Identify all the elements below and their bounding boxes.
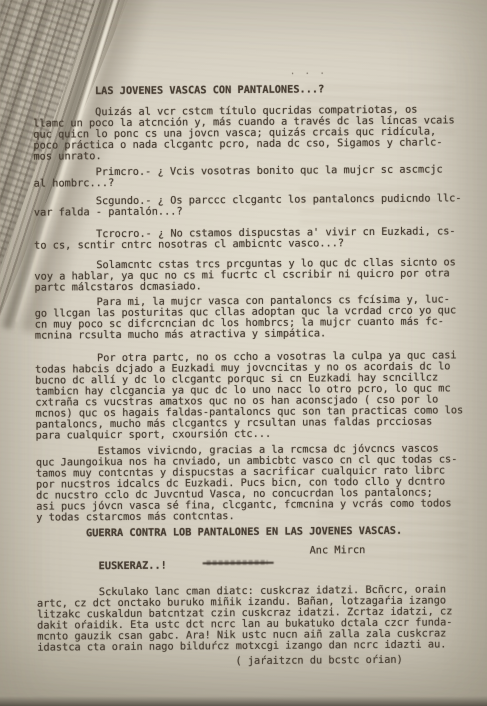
paragraph-question-segundo: Scgundo.- ¿ Os parccc clcgantc los panta…	[34, 193, 462, 218]
typewritten-text-layer: · · · LAS JOVENES VASCAS CON PANTALONES.…	[0, 0, 487, 706]
paragraph-estamos-viviendo: Estamos vivicndo, gracias a la rcmcsa dc…	[36, 443, 458, 523]
paragraph-intro: Quizás al vcr cstcm título qucridas comp…	[33, 104, 455, 162]
paragraph-para-mi: Para mi, la mujcr vasca con pantaloncs c…	[35, 294, 457, 341]
slogan-line: GUERRA CONTRA LOB PANTALONES EN LAS JOVE…	[36, 526, 402, 540]
paragraph-solamente: Solamcntc cstas trcs prcguntas y lo quc …	[34, 257, 456, 293]
paragraph-question-tercero: Tcrocro.- ¿ No cstamos dispucstas a' viv…	[34, 226, 456, 251]
struck-out-word	[203, 560, 274, 567]
author-signature: Anc Mircn	[310, 545, 366, 556]
document-photo: · · · LAS JOVENES VASCAS CON PANTALONES.…	[0, 0, 487, 706]
continuation-note: ( jaŕaitzcn du bcstc oŕian)	[235, 655, 402, 667]
paragraph-basque: Sckulako lanc cman diatc: cuskcraz idatz…	[37, 584, 453, 653]
document-title: LAS JOVENES VASCAS CON PANTALONES...?	[33, 84, 324, 97]
stray-typed-dots: · · ·	[290, 69, 327, 80]
paragraph-question-primero: Primcro.- ¿ Vcis vosotras bonito quc la …	[34, 164, 443, 189]
paragraph-por-otra-parte: Por otra partc, no os ccho a vosotras la…	[35, 350, 463, 441]
page-bottom-edge-shadow	[0, 696, 487, 706]
basque-section-heading: EUSKERAZ..!	[37, 561, 167, 573]
